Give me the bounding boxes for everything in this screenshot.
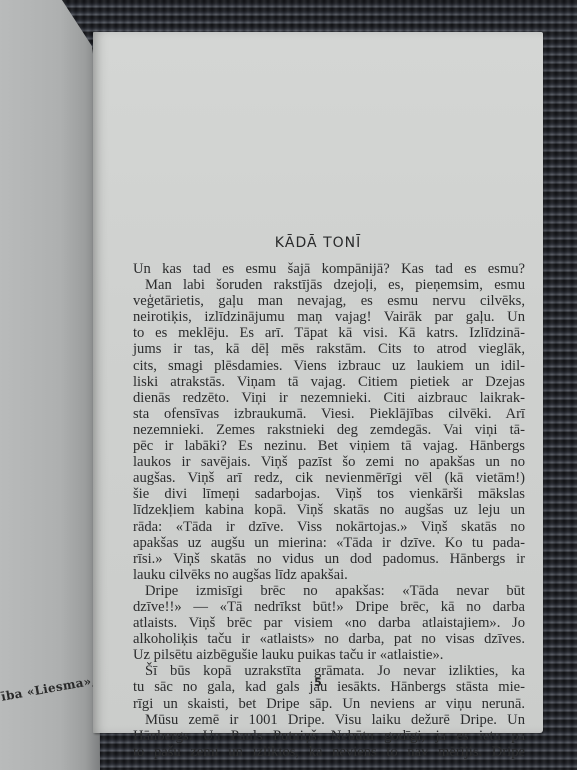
text-line: dienās redzēto. Viņi ir nezemnieki. Citi… — [133, 390, 525, 406]
text-line: dzīve!!» — «Tā nedrīkst būt!» Dripe brēc… — [133, 599, 525, 615]
text-line: veģetārietis, gaļu man nevajag, es esmu … — [133, 293, 525, 309]
text-line: augšas. Viņš arī redz, cik nevienmērīgi … — [133, 470, 525, 486]
text-line: apakšas uz augšu un mierina: «Tāda ir dz… — [133, 535, 525, 551]
text-line: lauku cilvēks no augšas līdz apakšai. — [133, 567, 525, 583]
text-line: līdzekļiem kabina kopā. Viņš skatās no a… — [133, 502, 525, 518]
text-line: alkoholiķis taču ir «atlaists» no darba,… — [133, 631, 525, 647]
text-line: cits, smagi plēsdamies. Viens izbrauc uz… — [133, 358, 525, 374]
text-line: Uz pilsētu aizbēgušie lauku puikas taču … — [133, 647, 525, 663]
text-line: sta ofensīvas izbraukumā. Viesi. Pieklāj… — [133, 406, 525, 422]
text-line: to pašu zemi un izliktos, ka neviens to … — [133, 744, 525, 760]
book-page: KĀDĀ TONĪ Un kas tad es esmu šajā kompān… — [93, 32, 543, 733]
text-line: neirotiķis, izlīdzinājumu maņ vajag! Vai… — [133, 309, 525, 325]
text-line: to es meklēju. Es arī. Tāpat kā visi. Kā… — [133, 325, 525, 341]
text-line: Un kas tad es esmu šajā kompānijā? Kas t… — [133, 261, 525, 277]
chapter-title: KĀDĀ TONĪ — [93, 235, 543, 251]
text-line: Dripe izmisīgi brēc no apakšas: «Tāda ne… — [133, 583, 525, 599]
text-line: nezemnieki. Zemes rakstnieki deg zemdegā… — [133, 422, 525, 438]
left-page: ība «Liesma», — [0, 0, 100, 770]
text-line: laukos ir savējais. Viņš pazīst šo zemi … — [133, 454, 525, 470]
text-line: Hānbergs. Un Pauls Putniņš. Nebūtu godīg… — [133, 728, 525, 744]
text-line: liski atrakstās. Viņam tā vajag. Citiem … — [133, 374, 525, 390]
text-line: rīsi.» Viņš skatās no vidus un dod padom… — [133, 551, 525, 567]
text-line: rāda: «Tāda ir dzīve. Viss nokārtojas.» … — [133, 519, 525, 535]
text-line: šie divi līmeņi sadarbojas. Viņš tos vie… — [133, 486, 525, 502]
left-page-imprint: ība «Liesma», — [0, 673, 97, 703]
text-line: jums ir tas, kā dēļ mēs rakstām. Cits to… — [133, 341, 525, 357]
page-number: 5 — [93, 676, 543, 689]
text-line: Mūsu zemē ir 1001 Dripe. Visu laiku dežu… — [133, 712, 525, 728]
text-line: Man labi šoruden rakstījās dzejoļi, es, … — [133, 277, 525, 293]
text-line: rīgi un skaisti, bet Dripe sāp. Un nevie… — [133, 696, 525, 712]
text-line: atlaists. Viņš brēc par visiem «no darba… — [133, 615, 525, 631]
text-line: pēc ir labāki? Es nezinu. Bet viņiem tā … — [133, 438, 525, 454]
